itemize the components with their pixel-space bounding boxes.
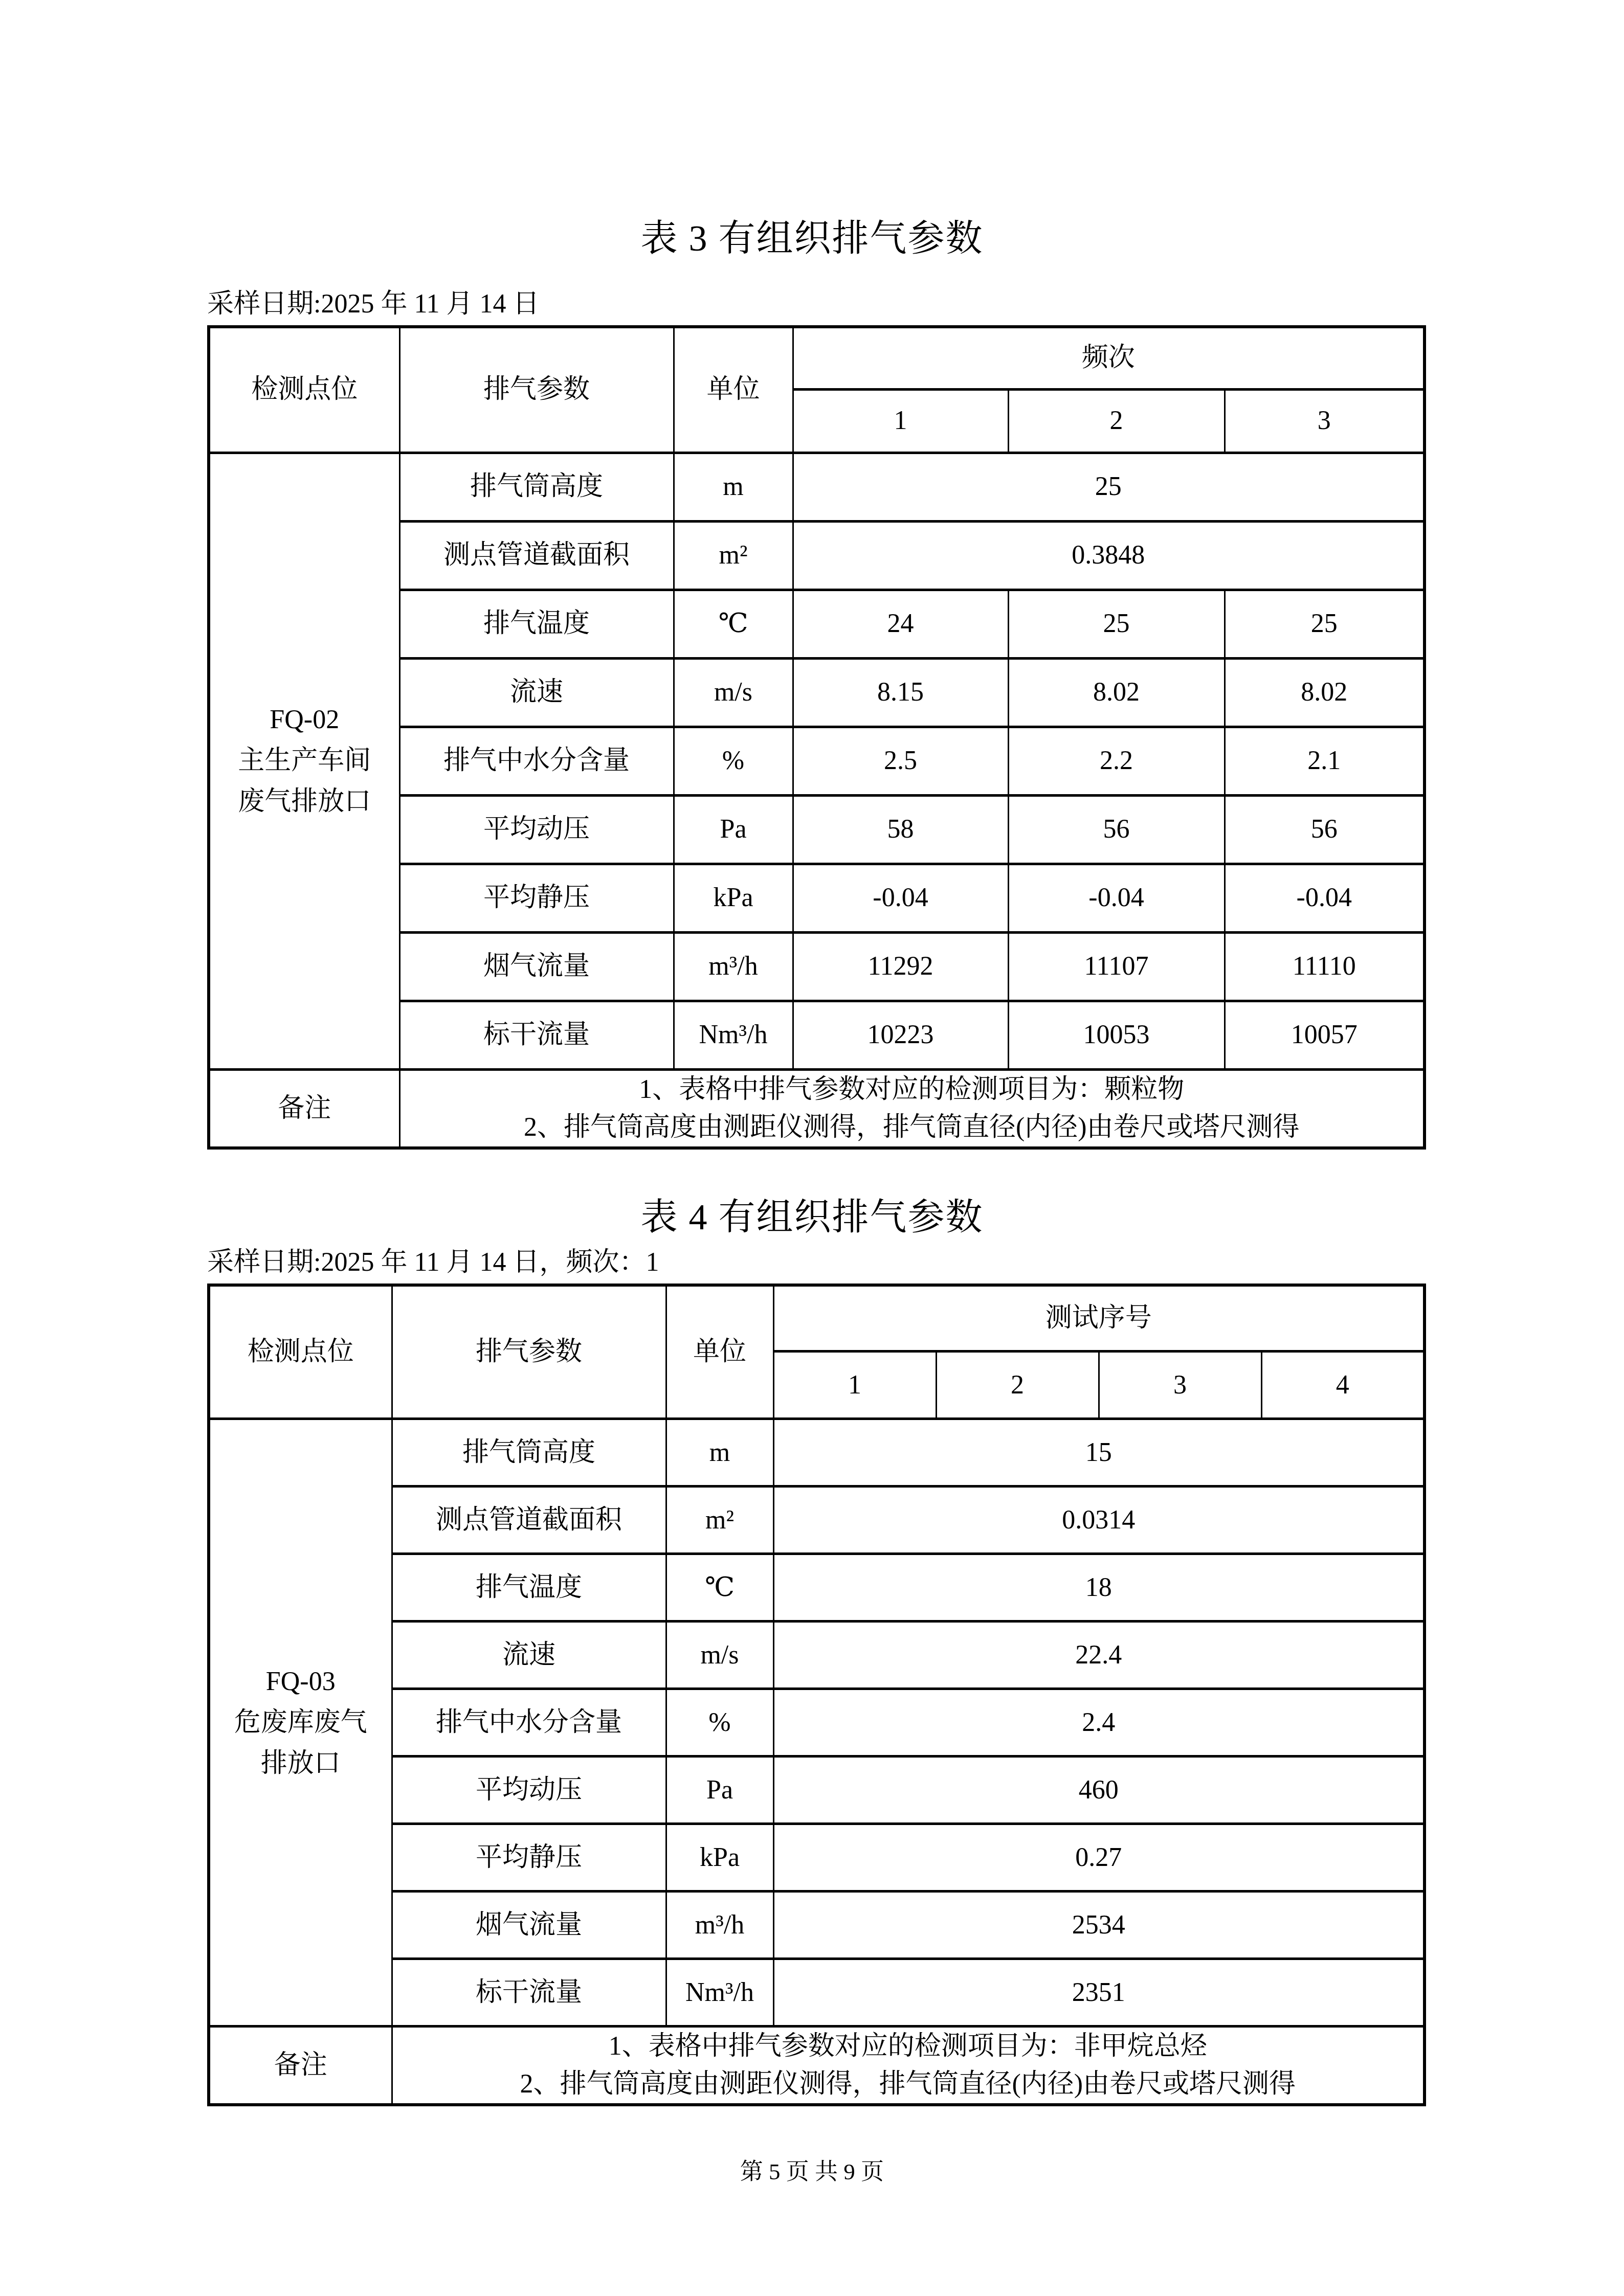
remark-line: 2、排气筒高度由测距仪测得，排气筒直径(内径)由卷尺或塔尺测得 [393,2065,1423,2103]
remark-line: 1、表格中排气参数对应的检测项目为：颗粒物 [401,1071,1423,1109]
document-page: 表 3 有组织排气参数 采样日期:2025 年 11 月 14 日 检测点位 排… [0,0,1624,2296]
unit-label: m/s [674,658,793,727]
param-label: 排气温度 [399,590,674,658]
value-cell: 8.02 [1225,658,1425,727]
unit-label: m² [666,1487,773,1554]
value-cell: -0.04 [793,864,1008,932]
param-label: 排气中水分含量 [399,727,674,795]
param-label: 标干流量 [392,1959,666,2027]
param-label: 流速 [392,1622,666,1689]
monitoring-point-cell: FQ-03 危废库废气 排放口 [209,1419,392,2027]
value-cell: 58 [793,795,1008,864]
header-point: 检测点位 [209,327,399,453]
value-cell: -0.04 [1225,864,1425,932]
point-line: 废气排放口 [210,781,399,822]
unit-label: Pa [674,795,793,864]
value-cell: 10053 [1008,1001,1225,1069]
value-cell: 0.27 [773,1824,1425,1892]
remark-label: 备注 [209,1069,399,1148]
value-cell: 56 [1225,795,1425,864]
value-cell: 25 [1225,590,1425,658]
param-label: 排气温度 [392,1554,666,1622]
table3-title: 表 3 有组织排气参数 [0,215,1624,262]
point-line: FQ-02 [210,700,399,740]
value-cell: 2.5 [793,727,1008,795]
monitoring-point-cell: FQ-02 主生产车间 废气排放口 [209,453,399,1069]
unit-label: % [666,1689,773,1757]
param-label: 标干流量 [399,1001,674,1069]
unit-label: m³/h [674,932,793,1001]
value-cell: -0.04 [1008,864,1225,932]
param-label: 平均动压 [392,1757,666,1824]
param-label: 流速 [399,658,674,727]
unit-label: kPa [674,864,793,932]
freq-label: 3 [1225,389,1425,453]
unit-label: m [666,1419,773,1487]
value-cell: 18 [773,1554,1425,1622]
table4-sampling-date: 采样日期:2025 年 11 月 14 日，频次：1 [207,1247,1624,1278]
unit-label: m² [674,521,793,590]
param-label: 平均静压 [392,1824,666,1892]
param-label: 平均动压 [399,795,674,864]
header-point: 检测点位 [209,1285,392,1419]
value-cell: 2534 [773,1892,1425,1959]
unit-label: % [674,727,793,795]
unit-label: m³/h [666,1892,773,1959]
value-cell: 0.3848 [793,521,1425,590]
table3-sampling-date: 采样日期:2025 年 11 月 14 日 [207,288,1624,320]
value-cell: 10057 [1225,1001,1425,1069]
table3: 检测点位 排气参数 单位 频次 1 2 3 FQ-02 主生产车间 废气排放口 … [207,325,1426,1150]
unit-label: Nm³/h [674,1001,793,1069]
point-line: FQ-03 [210,1661,391,1702]
remark-line: 1、表格中排气参数对应的检测项目为：非甲烷总烃 [393,2028,1423,2065]
param-label: 烟气流量 [399,932,674,1001]
value-cell: 15 [773,1419,1425,1487]
header-param: 排气参数 [392,1285,666,1419]
header-testno-group: 测试序号 [773,1285,1425,1352]
header-unit: 单位 [674,327,793,453]
param-label: 测点管道截面积 [392,1487,666,1554]
header-unit: 单位 [666,1285,773,1419]
testno-label: 2 [936,1352,1099,1419]
param-label: 测点管道截面积 [399,521,674,590]
param-label: 烟气流量 [392,1892,666,1959]
point-line: 危废库废气 [210,1702,391,1743]
value-cell: 460 [773,1757,1425,1824]
unit-label: m/s [666,1622,773,1689]
unit-label: Nm³/h [666,1959,773,2027]
value-cell: 8.15 [793,658,1008,727]
unit-label: Pa [666,1757,773,1824]
unit-label: m [674,453,793,521]
param-label: 平均静压 [399,864,674,932]
value-cell: 11292 [793,932,1008,1001]
value-cell: 2351 [773,1959,1425,2027]
value-cell: 0.0314 [773,1487,1425,1554]
remark-line: 2、排气筒高度由测距仪测得，排气筒直径(内径)由卷尺或塔尺测得 [401,1109,1423,1146]
value-cell: 2.1 [1225,727,1425,795]
header-param: 排气参数 [399,327,674,453]
point-line: 主生产车间 [210,740,399,781]
unit-label: kPa [666,1824,773,1892]
param-label: 排气筒高度 [399,453,674,521]
header-frequency-group: 频次 [793,327,1425,389]
value-cell: 11107 [1008,932,1225,1001]
value-cell: 24 [793,590,1008,658]
page-number-footer: 第 5 页 共 9 页 [0,2157,1624,2186]
remark-cell: 1、表格中排气参数对应的检测项目为：非甲烷总烃 2、排气筒高度由测距仪测得，排气… [392,2027,1425,2105]
value-cell: 11110 [1225,932,1425,1001]
value-cell: 22.4 [773,1622,1425,1689]
testno-label: 1 [773,1352,936,1419]
value-cell: 25 [1008,590,1225,658]
remark-cell: 1、表格中排气参数对应的检测项目为：颗粒物 2、排气筒高度由测距仪测得，排气筒直… [399,1069,1425,1148]
value-cell: 2.4 [773,1689,1425,1757]
param-label: 排气中水分含量 [392,1689,666,1757]
remark-label: 备注 [209,2027,392,2105]
freq-label: 1 [793,389,1008,453]
value-cell: 10223 [793,1001,1008,1069]
param-label: 排气筒高度 [392,1419,666,1487]
point-line: 排放口 [210,1743,391,1784]
value-cell: 25 [793,453,1425,521]
value-cell: 8.02 [1008,658,1225,727]
value-cell: 56 [1008,795,1225,864]
value-cell: 2.2 [1008,727,1225,795]
testno-label: 4 [1261,1352,1425,1419]
freq-label: 2 [1008,389,1225,453]
unit-label: ℃ [666,1554,773,1622]
table4: 检测点位 排气参数 单位 测试序号 1 2 3 4 FQ-03 危废库废气 排放… [207,1284,1426,2107]
table4-title: 表 4 有组织排气参数 [0,1194,1624,1241]
unit-label: ℃ [674,590,793,658]
testno-label: 3 [1099,1352,1261,1419]
